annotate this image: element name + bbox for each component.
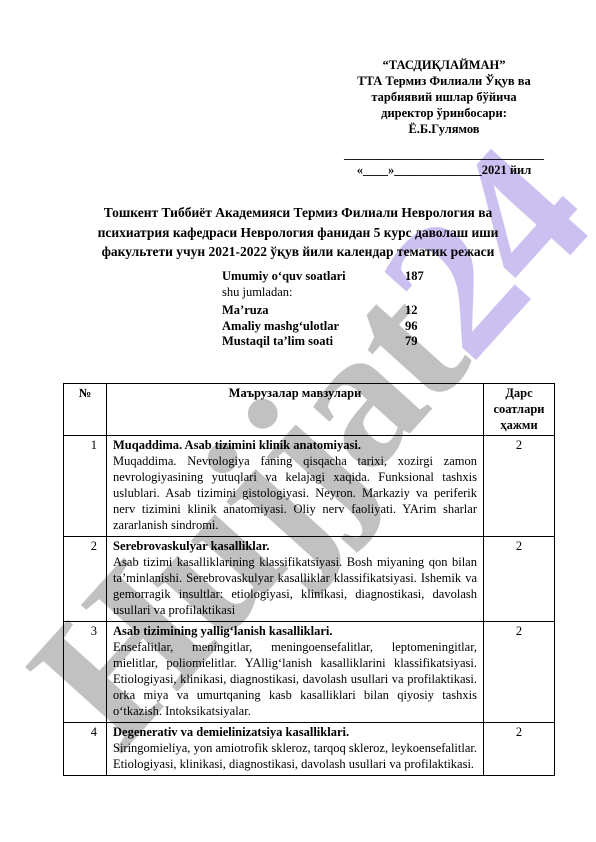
summary-value <box>405 285 462 301</box>
summary-label: shu jumladan: <box>222 285 405 301</box>
approval-position-line: директор ўринбосари: <box>338 105 550 121</box>
document-page: Hujjat24 “ТАСДИҚЛАЙМАН” ТТА Термиз Филиа… <box>0 0 596 842</box>
topic-title: Serebrovaskulyar kasalliklar. <box>113 538 477 554</box>
row-number: 4 <box>64 723 107 776</box>
topic-title: Degenerativ va demielinizatsiya kasallik… <box>113 724 477 740</box>
col-header-number: № <box>64 384 107 436</box>
summary-row-practical: Amaliy mashg‘ulotlar 96 <box>222 319 462 335</box>
row-number: 1 <box>64 436 107 537</box>
summary-label: Ma’ruza <box>222 303 405 319</box>
approver-name: Ё.Б.Гулямов <box>338 121 550 137</box>
summary-row-including: shu jumladan: <box>222 285 462 301</box>
topic-description: Muqaddima. Nevrologiya faning qisqacha t… <box>113 453 477 533</box>
summary-value: 79 <box>405 334 462 350</box>
summary-label: Umumiy o‘quv soatlari <box>222 269 405 285</box>
row-number: 2 <box>64 537 107 622</box>
document-title: Тошкент Тиббиёт Академияси Термиз Филиал… <box>67 203 529 262</box>
topic-description: Asab tizimi kasalliklarining klassifikat… <box>113 554 477 618</box>
table-header-row: № Маърузалар мавзулари Дарс соатлари ҳаж… <box>64 384 555 436</box>
approval-block: “ТАСДИҚЛАЙМАН” ТТА Термиз Филиали Ўқув в… <box>338 57 550 178</box>
date-year: 2021 йил <box>482 163 532 177</box>
table-row: 1 Muqaddima. Asab tizimini klinik anatom… <box>64 436 555 537</box>
topic-cell: Asab tizimining yallig‘lanish kasallikla… <box>107 622 484 723</box>
row-hours: 2 <box>484 537 555 622</box>
approval-org-line: тарбиявий ишлар бўйича <box>338 89 550 105</box>
summary-label: Mustaqil ta’lim soati <box>222 334 405 350</box>
signature-line: ________________________________ <box>338 146 550 162</box>
topics-table: № Маърузалар мавзулари Дарс соатлари ҳаж… <box>63 383 555 776</box>
topic-cell: Muqaddima. Asab tizimini klinik anatomiy… <box>107 436 484 537</box>
col-header-hours: Дарс соатлари ҳажми <box>484 384 555 436</box>
hours-summary: Umumiy o‘quv soatlari 187 shu jumladan: … <box>222 269 462 350</box>
summary-value: 187 <box>405 269 462 285</box>
summary-row-selfstudy: Mustaqil ta’lim soati 79 <box>222 334 462 350</box>
approval-heading: “ТАСДИҚЛАЙМАН” <box>338 57 550 73</box>
topic-description: Ensefalitlar, meningitlar, meningoensefa… <box>113 639 477 719</box>
table-row: 3 Asab tizimining yallig‘lanish kasallik… <box>64 622 555 723</box>
date-line: «____»______________2021 йил <box>338 162 550 178</box>
row-hours: 2 <box>484 723 555 776</box>
summary-value: 12 <box>405 303 462 319</box>
row-hours: 2 <box>484 622 555 723</box>
topic-title: Asab tizimining yallig‘lanish kasallikla… <box>113 623 477 639</box>
table-row: 2 Serebrovaskulyar kasalliklar. Asab tiz… <box>64 537 555 622</box>
table-row: 4 Degenerativ va demielinizatsiya kasall… <box>64 723 555 776</box>
row-hours: 2 <box>484 436 555 537</box>
topic-description: Siringomieliya, yon amiotrofik skleroz, … <box>113 740 477 772</box>
summary-row-total: Umumiy o‘quv soatlari 187 <box>222 269 462 285</box>
topic-cell: Degenerativ va demielinizatsiya kasallik… <box>107 723 484 776</box>
date-blank: «____»______________ <box>357 163 482 177</box>
topic-cell: Serebrovaskulyar kasalliklar. Asab tizim… <box>107 537 484 622</box>
topic-title: Muqaddima. Asab tizimini klinik anatomiy… <box>113 437 477 453</box>
summary-label: Amaliy mashg‘ulotlar <box>222 319 405 335</box>
summary-value: 96 <box>405 319 462 335</box>
row-number: 3 <box>64 622 107 723</box>
summary-row-lectures: Ma’ruza 12 <box>222 303 462 319</box>
approval-org-line: ТТА Термиз Филиали Ўқув ва <box>338 73 550 89</box>
col-header-topic: Маърузалар мавзулари <box>107 384 484 436</box>
